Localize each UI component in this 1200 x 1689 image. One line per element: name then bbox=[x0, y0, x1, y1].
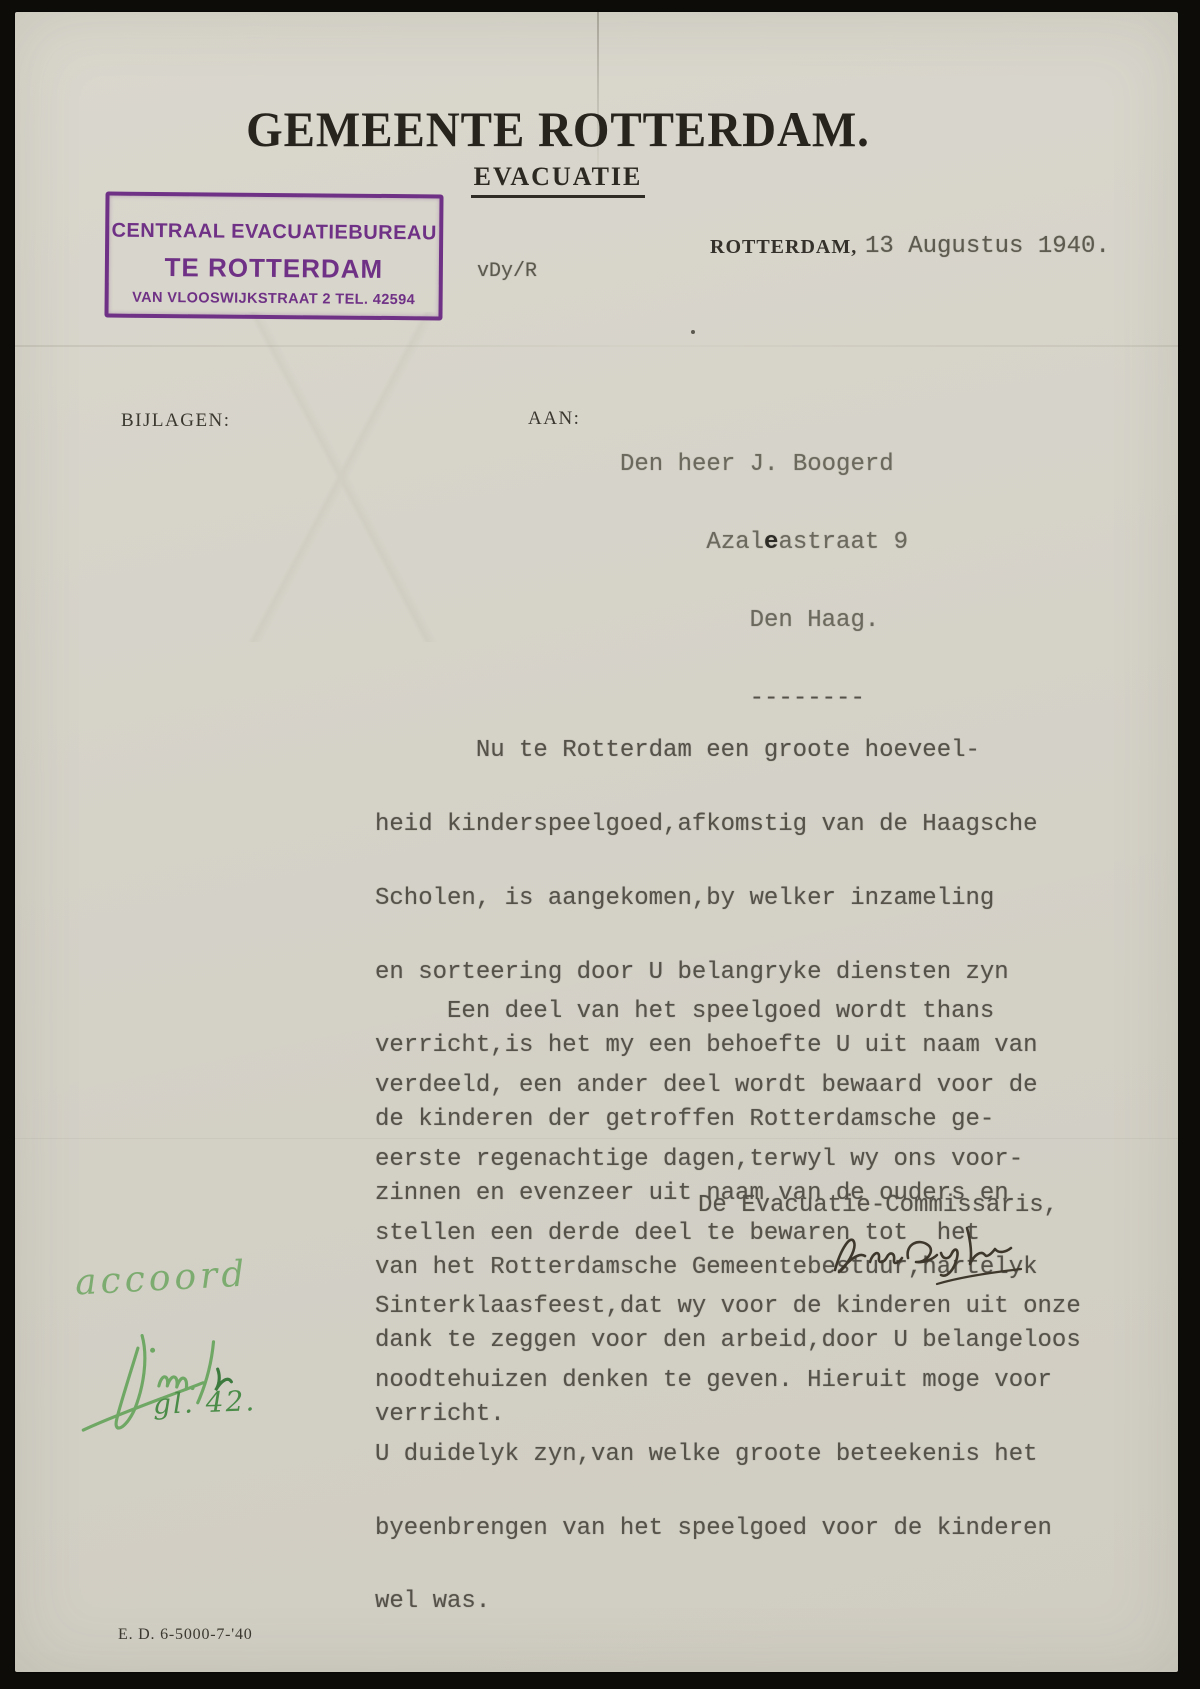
typewritten-line: Scholen, is aangekomen,by welker inzamel… bbox=[375, 887, 1081, 912]
typewritten-line: byeenbrengen van het speelgoed voor de k… bbox=[375, 1517, 1081, 1542]
date-code-annotation: gl. 42. bbox=[152, 1384, 256, 1421]
stamp-line-1: CENTRAAL EVACUATIEBUREAU bbox=[109, 220, 439, 246]
address-line-city: Den Haag. bbox=[620, 608, 908, 634]
address-line-street: Azaleastraat 9 bbox=[620, 530, 908, 556]
typewritten-line: noodtehuizen denken te geven. Hieruit mo… bbox=[375, 1369, 1081, 1394]
typewritten-line: U duidelyk zyn,van welke groote beteeken… bbox=[375, 1443, 1081, 1468]
department-underlined-text: EVACUATIE bbox=[471, 162, 646, 198]
horizontal-fold-crease bbox=[15, 345, 1178, 347]
dateline-date: 13 Augustus 1940. bbox=[865, 233, 1110, 260]
body-paragraph-2: Een deel van het speelgoed wordt thans v… bbox=[375, 951, 1081, 1664]
signature-handwriting-icon bbox=[825, 1217, 1035, 1297]
stamp-line-3: VAN VLOOSWIJKSTRAAT 2 TEL. 42594 bbox=[109, 290, 439, 309]
typewritten-line: Een deel van het speelgoed wordt thans bbox=[375, 1000, 1081, 1025]
paper-ghost-mark bbox=[195, 312, 515, 642]
typewritten-line: heid kinderspeelgoed,afkomstig van de Ha… bbox=[375, 813, 1081, 838]
enclosures-label: BIJLAGEN: bbox=[121, 410, 231, 432]
address-line-name: Den heer J. Boogerd bbox=[620, 452, 908, 478]
street-suffix: astraat 9 bbox=[778, 529, 908, 556]
typewritten-line: wel was. bbox=[375, 1590, 1081, 1615]
typewritten-line: Nu te Rotterdam een groote hoeveel- bbox=[375, 739, 1081, 764]
evacuation-bureau-stamp: CENTRAAL EVACUATIEBUREAU TE ROTTERDAM VA… bbox=[104, 192, 443, 321]
closing-line: De Evacuatie-Commissaris, bbox=[698, 1192, 1058, 1219]
street-prefix: Azal bbox=[620, 529, 764, 556]
typewritten-line: Sinterklaasfeest,dat wy voor de kinderen… bbox=[375, 1295, 1081, 1320]
letter-paper: GEMEENTE ROTTERDAM. EVACUATIE CENTRAAL E… bbox=[15, 12, 1178, 1672]
overstruck-letter: e bbox=[764, 529, 778, 556]
to-label: AAN: bbox=[528, 408, 580, 430]
typewritten-line: eerste regenachtige dagen,terwyl wy ons … bbox=[375, 1148, 1081, 1173]
approval-annotation: accoord bbox=[74, 1253, 249, 1303]
printer-code: E. D. 6-5000-7-'40 bbox=[118, 1626, 253, 1644]
typist-reference: vDy/R bbox=[477, 260, 537, 283]
scanned-letter-page: { "document": { "header": { "title": "GE… bbox=[0, 0, 1200, 1689]
ink-speck bbox=[691, 330, 695, 334]
stamp-line-2: TE ROTTERDAM bbox=[109, 252, 439, 286]
dateline-city: ROTTERDAM, bbox=[710, 236, 857, 259]
typewritten-line: verdeeld, een ander deel wordt bewaard v… bbox=[375, 1074, 1081, 1099]
letterhead-title: GEMEENTE ROTTERDAM. bbox=[48, 100, 1069, 158]
